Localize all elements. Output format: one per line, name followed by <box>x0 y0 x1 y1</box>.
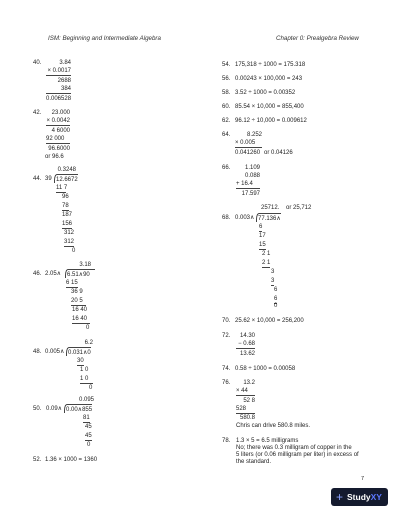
problem-number: 58. <box>222 90 230 96</box>
remainder: 0 <box>86 325 89 331</box>
problem-number: 60. <box>222 104 230 110</box>
partial-product: 52 8 <box>236 398 255 404</box>
logo-text-study: Study <box>347 493 371 502</box>
divisor: 39 <box>45 176 52 182</box>
simplified-product: or 0.04126 <box>264 150 293 156</box>
problem-text: 96.12 ÷ 10,000 = 0.009612 <box>235 118 307 124</box>
page-number: 7 <box>361 477 364 483</box>
studyxy-logo[interactable]: + Study XY <box>331 488 388 506</box>
header-chapter-title: Chapter 0: Prealgebra Review <box>276 36 359 42</box>
answer-line: 1.3 × 5 = 6.5 milligrams <box>236 438 298 444</box>
partial-product: 4 6000 <box>46 128 70 134</box>
problem-number: 56. <box>222 76 230 82</box>
dividend: 12.6672 <box>54 174 78 183</box>
logo-text-xy: XY <box>371 493 382 502</box>
problem-text: 0.00243 × 100,000 = 243 <box>235 76 302 82</box>
problem-number: 46. <box>33 271 41 277</box>
addend: + 16.4 <box>236 181 260 189</box>
minuend: 14.30 <box>236 333 255 339</box>
problem-text: 1.36 × 1000 = 1360 <box>45 457 97 463</box>
header-book-title: ISM: Beginning and Intermediate Algebra <box>48 36 161 42</box>
division-step: 156 <box>62 221 72 229</box>
factor: 23.000 <box>46 110 70 116</box>
division-step: 6 15 <box>66 280 78 288</box>
partial-product: 528 <box>236 406 255 414</box>
problem-number: 76. <box>222 380 230 386</box>
quotient: 0.095 <box>78 397 94 403</box>
partial-product: 2688 <box>46 78 71 84</box>
simplified-product: or 96.6 <box>45 154 64 160</box>
partial-product: 384 <box>46 86 71 94</box>
division-step: 15 <box>259 242 266 250</box>
problem-number: 66. <box>222 165 230 171</box>
division-step: 3 <box>271 269 274 275</box>
remainder: 0 <box>72 248 75 254</box>
problem-number: 44. <box>33 176 41 182</box>
quotient: 3.18 <box>76 262 91 268</box>
problem-number: 42. <box>33 110 41 116</box>
divisor: 0.09∧ <box>46 406 62 412</box>
factor: × 44 <box>236 388 255 396</box>
addend: 0.088 <box>236 173 260 179</box>
problem-number: 50. <box>33 406 41 412</box>
answer-line: 5 liters (or 0.06 milligram per liter) i… <box>236 452 359 458</box>
product: 0.041260 <box>235 150 260 156</box>
division-step: 36 9 <box>71 289 83 295</box>
answer-sentence: Chris can drive 580.8 miles. <box>236 423 310 429</box>
division-step: 11 7 <box>56 185 66 193</box>
problem-number: 40. <box>33 60 41 66</box>
dividend: 0.00∧855 <box>64 404 92 413</box>
division-step: 2 1 <box>262 251 270 257</box>
division-step: 81 <box>83 415 90 423</box>
plus-icon: + <box>336 491 343 503</box>
answer-line: No; there was 0.3 milligram of copper in… <box>236 445 352 451</box>
division-step: 16 40 <box>72 316 90 324</box>
division-step: 30 <box>77 358 84 366</box>
problem-text: 3.52 ÷ 1000 = 0.00352 <box>235 90 295 96</box>
division-step: 45 <box>85 433 92 441</box>
product: 580.8 <box>236 415 255 421</box>
sum: 17.597 <box>236 191 260 197</box>
product: 96.6000 <box>46 146 70 152</box>
division-step: 2 1 <box>262 260 270 268</box>
remainder: 0 <box>87 442 90 448</box>
remainder: 0 <box>89 385 92 391</box>
problem-number: 62. <box>222 118 230 124</box>
divisor: 0.005∧ <box>45 349 64 355</box>
problem-number: 64. <box>222 132 230 138</box>
problem-number: 70. <box>222 318 230 324</box>
division-step: 20 5 <box>71 298 86 306</box>
answer-line: the standard. <box>236 459 271 465</box>
problem-number: 74. <box>222 366 230 372</box>
problem-text: 175,318 ÷ 1000 = 175.318 <box>235 62 305 68</box>
division-step: 96 <box>62 194 69 200</box>
addend: 1.109 <box>236 165 260 171</box>
problem-number: 52. <box>33 457 41 463</box>
factor: × 0.005 <box>235 140 262 148</box>
problem-number: 78. <box>222 438 230 444</box>
problem-number: 48. <box>33 349 41 355</box>
difference: 13.62 <box>236 351 255 357</box>
factor: 3.84 <box>46 60 71 66</box>
quotient: 6.2 <box>80 340 93 346</box>
division-step: 1 0 <box>80 376 93 384</box>
subtrahend: − 0.68 <box>236 341 255 349</box>
division-step: 6 <box>259 224 262 232</box>
problem-text: 85.54 × 10,000 = 855,400 <box>235 104 304 110</box>
division-step: 45 <box>85 424 92 430</box>
division-step: 16 40 <box>72 307 87 313</box>
dividend: 77.136∧ <box>256 213 281 222</box>
factor: × 0.0042 <box>46 118 70 126</box>
division-step: 312 <box>64 230 74 236</box>
problem-number: 54. <box>222 62 230 68</box>
factor: 8.252 <box>235 132 262 138</box>
quotient: 0.3248 <box>56 167 76 173</box>
division-step: 3 <box>271 278 274 286</box>
partial-product: 92 000 <box>46 136 70 144</box>
problem-number: 68. <box>222 215 230 221</box>
quotient-alt: or 25,712 <box>286 205 311 211</box>
division-step: 17 <box>259 233 266 239</box>
division-step: 312 <box>64 239 74 247</box>
division-step: 187 <box>62 212 72 218</box>
division-step: 1 0 <box>80 367 88 373</box>
problem-text: 25.62 × 10,000 = 256,200 <box>235 318 304 324</box>
factor: 13.2 <box>236 380 255 386</box>
divisor: 0.003∧ <box>235 215 254 221</box>
dividend: 6.51∧90 <box>65 269 95 278</box>
division-step: 78 <box>62 203 69 211</box>
divisor: 2.05∧ <box>45 271 61 277</box>
problem-text: 0.58 ÷ 1000 = 0.00058 <box>235 366 295 372</box>
problem-number: 72. <box>222 333 230 339</box>
dividend: 0.031∧0 <box>66 347 91 356</box>
factor: × 0.0017 <box>46 68 71 76</box>
quotient: 25712. <box>261 205 279 211</box>
product: 0.006528 <box>46 96 71 102</box>
division-step: 6 <box>274 287 277 293</box>
remainder: 0 <box>274 303 277 309</box>
